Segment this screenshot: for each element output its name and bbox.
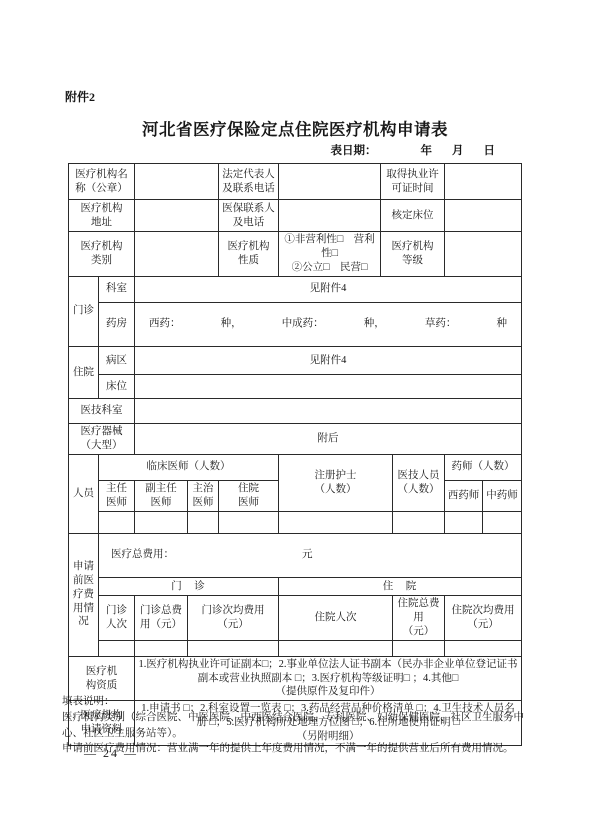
outpatient-avg-fee-value xyxy=(188,640,279,656)
equipment-label: 医疗器械 （大型） xyxy=(69,424,135,455)
date-year-label: 年 xyxy=(421,145,433,157)
inpatient-visits-header: 住院人次 xyxy=(279,596,393,641)
note-line-category: 医疗机构类别（综合医院、中医医院、中西医结合医院、专科医院、妇幼保健医院、社区卫… xyxy=(62,710,530,742)
western-pharmacist-header: 西药师 xyxy=(445,480,483,511)
medtech-dept-value xyxy=(135,399,522,424)
outpatient-dept-label: 科室 xyxy=(99,276,135,302)
outpatient-visits-header: 门诊 人次 xyxy=(99,596,135,641)
herbal-medicine-label: 草药： xyxy=(425,317,457,331)
pharmacy-value: 西药： 种， 中成药： 种， 草药： 种 xyxy=(135,302,522,347)
chief-physician-value xyxy=(99,511,135,533)
personnel-section-label: 人员 xyxy=(69,454,99,533)
kinds-unit-3: 种 xyxy=(496,317,507,331)
pharmacy-label: 药房 xyxy=(99,302,135,347)
chinese-pharmacist-header: 中药师 xyxy=(483,480,522,511)
license-time-value xyxy=(445,164,522,200)
attending-physician-value xyxy=(188,511,219,533)
application-form-table: 医疗机构名 称（公章） 法定代表人 及联系电话 取得执业许 可证时间 医疗机构 … xyxy=(68,163,522,746)
kinds-unit-1: 种， xyxy=(221,317,242,331)
outpatient-fee-header: 门 诊 xyxy=(99,578,279,596)
approved-beds-value xyxy=(445,200,522,232)
western-pharmacist-value xyxy=(445,511,483,533)
mi-contact-label: 医保联系人 及电话 xyxy=(219,200,279,232)
pharmacists-header: 药师（人数） xyxy=(445,454,522,480)
medtech-dept-label: 医技科室 xyxy=(69,399,135,424)
deputy-chief-physician-value xyxy=(135,511,188,533)
institution-nature-checkboxes: ①非营利性□ 营利性□ ②公立□ 民营□ xyxy=(279,232,381,277)
inpatient-total-fee-value xyxy=(393,640,445,656)
equipment-value: 附后 xyxy=(135,424,522,455)
institution-address-value xyxy=(135,200,219,232)
inpatient-fee-header: 住 院 xyxy=(279,578,522,596)
inpatient-visits-value xyxy=(279,640,393,656)
chinese-patent-medicine-label: 中成药： xyxy=(282,317,324,331)
institution-category-label: 医疗机构 类别 xyxy=(69,232,135,277)
outpatient-total-fee-value xyxy=(135,640,188,656)
license-time-label: 取得执业许 可证时间 xyxy=(381,164,445,200)
medtech-staff-value xyxy=(393,511,445,533)
legal-rep-value xyxy=(279,164,381,200)
resident-physician-value xyxy=(219,511,279,533)
notes-title: 填表说明： xyxy=(62,694,530,710)
document-page: 附件2 河北省医疗保险定点住院医疗机构申请表 表日期：年月日 医疗机构名 称（公… xyxy=(0,0,590,835)
date-day-label: 日 xyxy=(484,145,496,157)
inpatient-avg-fee-value xyxy=(445,640,522,656)
date-month-label: 月 xyxy=(452,145,464,157)
institution-category-value xyxy=(135,232,219,277)
outpatient-total-fee-header: 门诊总费 用（元） xyxy=(135,596,188,641)
pre-fee-section-label: 申请前医疗费用情况 xyxy=(69,533,99,656)
chinese-pharmacist-value xyxy=(483,511,522,533)
approved-beds-label: 核定床位 xyxy=(381,200,445,232)
legal-rep-label: 法定代表人 及联系电话 xyxy=(219,164,279,200)
inpatient-section-label: 住院 xyxy=(69,347,99,399)
institution-nature-label: 医疗机构 性质 xyxy=(219,232,279,277)
total-fee-label: 医疗总费用： xyxy=(111,548,174,562)
outpatient-dept-value: 见附件4 xyxy=(135,276,522,302)
chief-physician-header: 主任 医师 xyxy=(99,480,135,511)
registered-nurses-header: 注册护士 （人数） xyxy=(279,454,393,511)
bed-value xyxy=(135,375,522,399)
deputy-chief-physician-header: 副主任 医师 xyxy=(135,480,188,511)
form-title: 河北省医疗保险定点住院医疗机构申请表 xyxy=(0,116,590,140)
institution-name-value xyxy=(135,164,219,200)
outpatient-avg-fee-header: 门诊次均费用 （元） xyxy=(188,596,279,641)
inpatient-total-fee-header: 住院总费用 （元） xyxy=(393,596,445,641)
kinds-unit-2: 种， xyxy=(364,317,385,331)
medtech-staff-header: 医技人员 （人数） xyxy=(393,454,445,511)
bed-label: 床位 xyxy=(99,375,135,399)
total-fee-line: 医疗总费用： 元 xyxy=(99,533,522,578)
outpatient-visits-value xyxy=(99,640,135,656)
institution-address-label: 医疗机构 地址 xyxy=(69,200,135,232)
date-label: 表日期： xyxy=(331,145,377,157)
western-medicine-label: 西药： xyxy=(149,317,181,331)
attachment-label: 附件2 xyxy=(65,88,95,105)
ward-label: 病区 xyxy=(99,347,135,375)
institution-grade-value xyxy=(445,232,522,277)
form-date-line: 表日期：年月日 xyxy=(68,142,521,158)
registered-nurses-value xyxy=(279,511,393,533)
attending-physician-header: 主治 医师 xyxy=(188,480,219,511)
institution-name-label: 医疗机构名 称（公章） xyxy=(69,164,135,200)
institution-grade-label: 医疗机构 等级 xyxy=(381,232,445,277)
ward-value: 见附件4 xyxy=(135,347,522,375)
resident-physician-header: 住院 医师 xyxy=(219,480,279,511)
outpatient-section-label: 门诊 xyxy=(69,276,99,347)
mi-contact-value xyxy=(279,200,381,232)
clinical-physicians-header: 临床医师（人数） xyxy=(99,454,279,480)
inpatient-avg-fee-header: 住院次均费用 （元） xyxy=(445,596,522,641)
total-fee-unit: 元 xyxy=(302,548,313,562)
page-number: — 24 — xyxy=(84,746,138,761)
